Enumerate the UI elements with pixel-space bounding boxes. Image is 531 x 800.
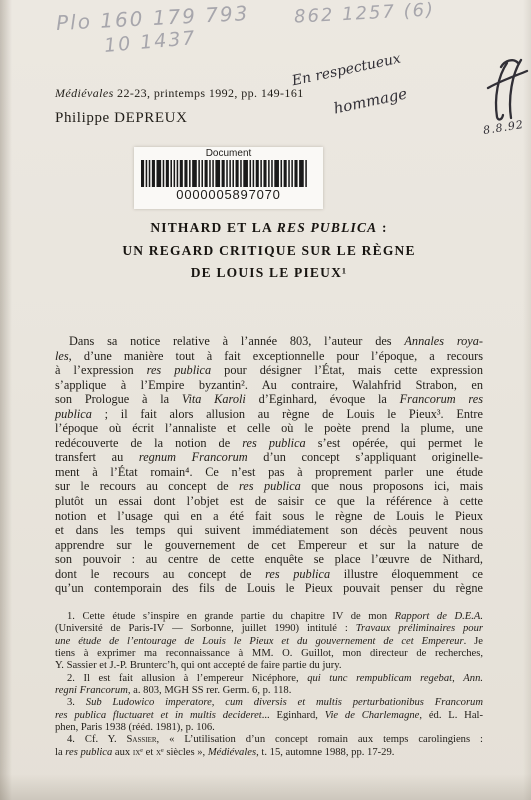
scanned-page: Plo 160 179 793 10 1437 862 1257 (6) Méd… xyxy=(0,0,531,800)
text-line: transfert au regnum Francorum d’un conce… xyxy=(55,450,483,465)
barcode-sticker: Document 0000005897070 xyxy=(134,147,323,209)
text-line: publica ; il fait alors allusion au règn… xyxy=(55,407,483,422)
text-line: l’époque où écrit l’annaliste et celle o… xyxy=(55,421,483,436)
pencil-shelfmark-3: 862 1257 (6) xyxy=(294,0,436,28)
text-line: ment à l’État romain⁴. Ce n’est pas à pr… xyxy=(55,465,483,480)
text-line: les, d’une manière tout à fait exception… xyxy=(55,349,483,364)
title-line-2: UN REGARD CRITIQUE SUR LE RÈGNE xyxy=(55,240,483,263)
text-line: notion et l’usage qui en a été fait sous… xyxy=(55,509,483,524)
text-line: (Université de Paris-IV — Sorbonne, juil… xyxy=(55,623,483,635)
title-line-1: NITHARD ET LA RES PUBLICA : xyxy=(55,217,483,240)
text-line: res publica fluctuaret et in multis deci… xyxy=(55,710,483,722)
text-line: une étude de l’entourage de Louis le Pie… xyxy=(55,636,483,648)
text-line: dont le recours au concept de res public… xyxy=(55,567,483,582)
signature-mark xyxy=(481,56,529,124)
barcode-number: 0000005897070 xyxy=(176,187,280,202)
barcode-bars xyxy=(141,160,317,187)
text-line: qu’un contemporain des fils de Louis le … xyxy=(55,581,483,596)
text-line: à l’expression res publica pour désigner… xyxy=(55,363,483,378)
text-line: son Prologue à la Vita Karoli d’Eginhard… xyxy=(55,392,483,407)
text-line: plutôt un essai dont l’objet est de sais… xyxy=(55,494,483,509)
text-line: sur le recours au concept de res publica… xyxy=(55,479,483,494)
dedication-line1: En respectueux xyxy=(291,51,403,90)
text-line: 3. Sub Ludowico imperatore, cum diversis… xyxy=(55,697,483,709)
author-name: Philippe DEPREUX xyxy=(55,110,188,127)
article-body: Dans sa notice relative à l’année 803, l… xyxy=(55,334,483,596)
dedication-line2: hommage xyxy=(332,84,409,117)
text-line: la res publica aux ixᵉ et xᵉ siècles », … xyxy=(55,747,483,759)
article-title: NITHARD ET LA RES PUBLICA : UN REGARD CR… xyxy=(55,217,483,285)
footnotes-block: 1. Cette étude s’inspire en grande parti… xyxy=(55,611,483,759)
text-line: et dans les temps qui suivent immédiatem… xyxy=(55,523,483,538)
title-line-3: DE LOUIS LE PIEUX¹ xyxy=(55,262,483,285)
text-line: 1. Cette étude s’inspire en grande parti… xyxy=(55,611,483,623)
text-line: apprendre sur le gouvernement de cet Emp… xyxy=(55,538,483,553)
text-line: Dans sa notice relative à l’année 803, l… xyxy=(55,334,483,349)
text-line: 2. Il est fait allusion à l’empereur Nic… xyxy=(55,673,483,685)
text-line: regni Francorum, a. 803, MGH SS rer. Ger… xyxy=(55,685,483,697)
text-line: phen, Paris 1938 (rééd. 1981), p. 106. xyxy=(55,722,483,734)
text-line: Y. Sassier et J.-P. Brunterc’h, qui ont … xyxy=(55,660,483,672)
barcode-label: Document xyxy=(206,148,252,159)
text-line: redécouverte de la notion de res publica… xyxy=(55,436,483,451)
text-line: 4. Cf. Y. Sassier, « L’utilisation d’un … xyxy=(55,734,483,746)
text-line: s’applique à l’Empire byzantin². Au cont… xyxy=(55,378,483,393)
text-line: tiens à exprimer ma reconnaissance à MM.… xyxy=(55,648,483,660)
text-line: son pouvoir : au centre de cette enquête… xyxy=(55,552,483,567)
journal-citation: Médiévales 22-23, printemps 1992, pp. 14… xyxy=(55,86,304,101)
